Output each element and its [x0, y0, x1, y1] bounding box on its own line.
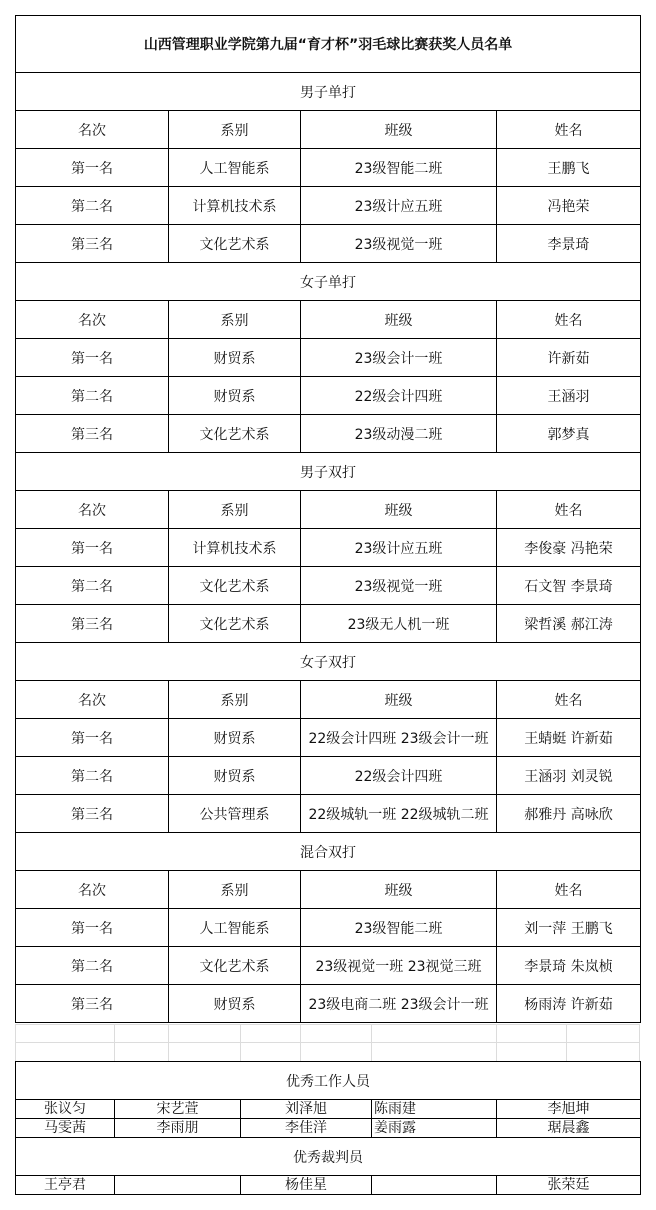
table-row: 第三名文化艺术系23级视觉一班李景琦 [16, 225, 641, 263]
cell-rank: 第三名 [16, 795, 169, 833]
section-heading: 女子单打 [16, 263, 641, 301]
column-header-dept: 系别 [169, 871, 301, 909]
cell-name: 冯艳荣 [497, 187, 641, 225]
column-header-class: 班级 [301, 681, 497, 719]
column-header-name: 姓名 [497, 301, 641, 339]
cell-dept: 文化艺术系 [169, 947, 301, 985]
cell-name: 许新茹 [497, 339, 641, 377]
cell-rank: 第二名 [16, 757, 169, 795]
staff-name: 刘泽旭 [241, 1100, 372, 1119]
staff-name: 李雨朋 [115, 1119, 241, 1138]
cell-class: 23级智能二班 [301, 909, 497, 947]
cell-rank: 第一名 [16, 719, 169, 757]
column-header-rank: 名次 [16, 871, 169, 909]
section-heading-row: 女子双打 [16, 643, 641, 681]
cell-dept: 计算机技术系 [169, 187, 301, 225]
cell-rank: 第三名 [16, 415, 169, 453]
table-row: 第二名财贸系22级会计四班王涵羽 [16, 377, 641, 415]
cell-rank: 第二名 [16, 947, 169, 985]
table-row: 第三名文化艺术系23级无人机一班梁哲溪 郝江涛 [16, 605, 641, 643]
cell-name: 郭梦真 [497, 415, 641, 453]
cell-name: 李景琦 朱岚桢 [497, 947, 641, 985]
cell-dept: 财贸系 [169, 985, 301, 1023]
column-header-name: 姓名 [497, 491, 641, 529]
cell-class: 23级无人机一班 [301, 605, 497, 643]
cell-name: 王涵羽 刘灵锐 [497, 757, 641, 795]
cell-rank: 第一名 [16, 909, 169, 947]
column-header-row: 名次系别班级姓名 [16, 491, 641, 529]
column-header-class: 班级 [301, 491, 497, 529]
cell-name: 王蜻蜓 许新茹 [497, 719, 641, 757]
cell-dept: 财贸系 [169, 719, 301, 757]
cell-class: 23级视觉一班 [301, 225, 497, 263]
table-row: 第三名文化艺术系23级动漫二班郭梦真 [16, 415, 641, 453]
referee-row: 王亭君 杨佳星 张荣廷 [16, 1176, 641, 1195]
referee-name [372, 1176, 497, 1195]
column-header-class: 班级 [301, 301, 497, 339]
section-heading: 男子双打 [16, 453, 641, 491]
staff-name: 李旭坤 [497, 1100, 641, 1119]
award-table-container: 山西管理职业学院第九届“育才杯”羽毛球比赛获奖人员名单 男子单打名次系别班级姓名… [15, 15, 640, 1023]
staff-name: 琚晨鑫 [497, 1119, 641, 1138]
cell-class: 23级视觉一班 [301, 567, 497, 605]
cell-dept: 财贸系 [169, 339, 301, 377]
staff-name: 宋艺萱 [115, 1100, 241, 1119]
cell-class: 23级智能二班 [301, 149, 497, 187]
empty-gridlines [15, 1024, 640, 1061]
cell-class: 23级动漫二班 [301, 415, 497, 453]
award-table: 山西管理职业学院第九届“育才杯”羽毛球比赛获奖人员名单 男子单打名次系别班级姓名… [15, 15, 641, 1023]
referee-name: 王亭君 [16, 1176, 115, 1195]
cell-rank: 第三名 [16, 225, 169, 263]
cell-rank: 第三名 [16, 985, 169, 1023]
section-heading-row: 男子单打 [16, 73, 641, 111]
cell-name: 杨雨涛 许新茹 [497, 985, 641, 1023]
referee-name: 杨佳星 [241, 1176, 372, 1195]
cell-class: 22级会计四班 [301, 757, 497, 795]
cell-dept: 文化艺术系 [169, 605, 301, 643]
referee-name [115, 1176, 241, 1195]
cell-class: 22级会计四班 [301, 377, 497, 415]
cell-dept: 计算机技术系 [169, 529, 301, 567]
cell-class: 22级会计四班 23级会计一班 [301, 719, 497, 757]
title-row: 山西管理职业学院第九届“育才杯”羽毛球比赛获奖人员名单 [16, 16, 641, 73]
section-heading: 男子单打 [16, 73, 641, 111]
cell-name: 李景琦 [497, 225, 641, 263]
cell-class: 23级会计一班 [301, 339, 497, 377]
cell-name: 王鹏飞 [497, 149, 641, 187]
column-header-class: 班级 [301, 111, 497, 149]
cell-name: 王涵羽 [497, 377, 641, 415]
section-heading-row: 男子双打 [16, 453, 641, 491]
cell-dept: 公共管理系 [169, 795, 301, 833]
cell-name: 刘一萍 王鹏飞 [497, 909, 641, 947]
table-row: 第一名财贸系23级会计一班许新茹 [16, 339, 641, 377]
referee-heading-row: 优秀裁判员 [16, 1138, 641, 1176]
table-row: 第一名人工智能系23级智能二班王鹏飞 [16, 149, 641, 187]
section-heading-row: 女子单打 [16, 263, 641, 301]
column-header-rank: 名次 [16, 301, 169, 339]
cell-rank: 第一名 [16, 149, 169, 187]
staff-row: 张议匀 宋艺萱 刘泽旭 陈雨建 李旭坤 [16, 1100, 641, 1119]
table-row: 第二名财贸系22级会计四班王涵羽 刘灵锐 [16, 757, 641, 795]
cell-dept: 文化艺术系 [169, 415, 301, 453]
table-row: 第二名文化艺术系23级视觉一班 23视觉三班李景琦 朱岚桢 [16, 947, 641, 985]
cell-dept: 财贸系 [169, 757, 301, 795]
cell-name: 李俊豪 冯艳荣 [497, 529, 641, 567]
section-heading: 混合双打 [16, 833, 641, 871]
cell-rank: 第三名 [16, 605, 169, 643]
table-row: 第一名财贸系22级会计四班 23级会计一班王蜻蜓 许新茹 [16, 719, 641, 757]
cell-rank: 第二名 [16, 377, 169, 415]
staff-row: 马雯茜 李雨朋 李佳洋 姜雨露 琚晨鑫 [16, 1119, 641, 1138]
cell-class: 23级视觉一班 23视觉三班 [301, 947, 497, 985]
cell-name: 郝雅丹 高咏欣 [497, 795, 641, 833]
cell-name: 梁哲溪 郝江涛 [497, 605, 641, 643]
column-header-name: 姓名 [497, 111, 641, 149]
staff-name: 陈雨建 [372, 1100, 497, 1119]
cell-class: 22级城轨一班 22级城轨二班 [301, 795, 497, 833]
staff-name: 马雯茜 [16, 1119, 115, 1138]
column-header-class: 班级 [301, 871, 497, 909]
cell-rank: 第二名 [16, 567, 169, 605]
column-header-dept: 系别 [169, 491, 301, 529]
column-header-row: 名次系别班级姓名 [16, 681, 641, 719]
column-header-dept: 系别 [169, 681, 301, 719]
table-row: 第二名计算机技术系23级计应五班冯艳荣 [16, 187, 641, 225]
staff-heading-row: 优秀工作人员 [16, 1062, 641, 1100]
staff-name: 张议匀 [16, 1100, 115, 1119]
cell-rank: 第一名 [16, 339, 169, 377]
column-header-dept: 系别 [169, 111, 301, 149]
cell-class: 23级计应五班 [301, 529, 497, 567]
table-row: 第三名公共管理系22级城轨一班 22级城轨二班郝雅丹 高咏欣 [16, 795, 641, 833]
section-heading-row: 混合双打 [16, 833, 641, 871]
staff-heading: 优秀工作人员 [16, 1062, 641, 1100]
page-title: 山西管理职业学院第九届“育才杯”羽毛球比赛获奖人员名单 [16, 16, 641, 73]
referee-heading: 优秀裁判员 [16, 1138, 641, 1176]
cell-dept: 财贸系 [169, 377, 301, 415]
column-header-row: 名次系别班级姓名 [16, 871, 641, 909]
column-header-name: 姓名 [497, 871, 641, 909]
column-header-rank: 名次 [16, 491, 169, 529]
cell-dept: 人工智能系 [169, 909, 301, 947]
column-header-row: 名次系别班级姓名 [16, 111, 641, 149]
cell-name: 石文智 李景琦 [497, 567, 641, 605]
cell-dept: 人工智能系 [169, 149, 301, 187]
column-header-rank: 名次 [16, 111, 169, 149]
cell-rank: 第一名 [16, 529, 169, 567]
cell-dept: 文化艺术系 [169, 567, 301, 605]
table-row: 第三名财贸系23级电商二班 23级会计一班杨雨涛 许新茹 [16, 985, 641, 1023]
cell-dept: 文化艺术系 [169, 225, 301, 263]
column-header-name: 姓名 [497, 681, 641, 719]
cell-class: 23级电商二班 23级会计一班 [301, 985, 497, 1023]
honors-table: 优秀工作人员 张议匀 宋艺萱 刘泽旭 陈雨建 李旭坤 马雯茜 李雨朋 李佳洋 姜… [15, 1061, 641, 1195]
cell-class: 23级计应五班 [301, 187, 497, 225]
staff-name: 李佳洋 [241, 1119, 372, 1138]
cell-rank: 第二名 [16, 187, 169, 225]
column-header-dept: 系别 [169, 301, 301, 339]
staff-name: 姜雨露 [372, 1119, 497, 1138]
table-row: 第二名文化艺术系23级视觉一班石文智 李景琦 [16, 567, 641, 605]
honors-container: 优秀工作人员 张议匀 宋艺萱 刘泽旭 陈雨建 李旭坤 马雯茜 李雨朋 李佳洋 姜… [15, 1061, 640, 1195]
column-header-rank: 名次 [16, 681, 169, 719]
section-heading: 女子双打 [16, 643, 641, 681]
table-row: 第一名计算机技术系23级计应五班李俊豪 冯艳荣 [16, 529, 641, 567]
referee-name: 张荣廷 [497, 1176, 641, 1195]
column-header-row: 名次系别班级姓名 [16, 301, 641, 339]
table-row: 第一名人工智能系23级智能二班刘一萍 王鹏飞 [16, 909, 641, 947]
